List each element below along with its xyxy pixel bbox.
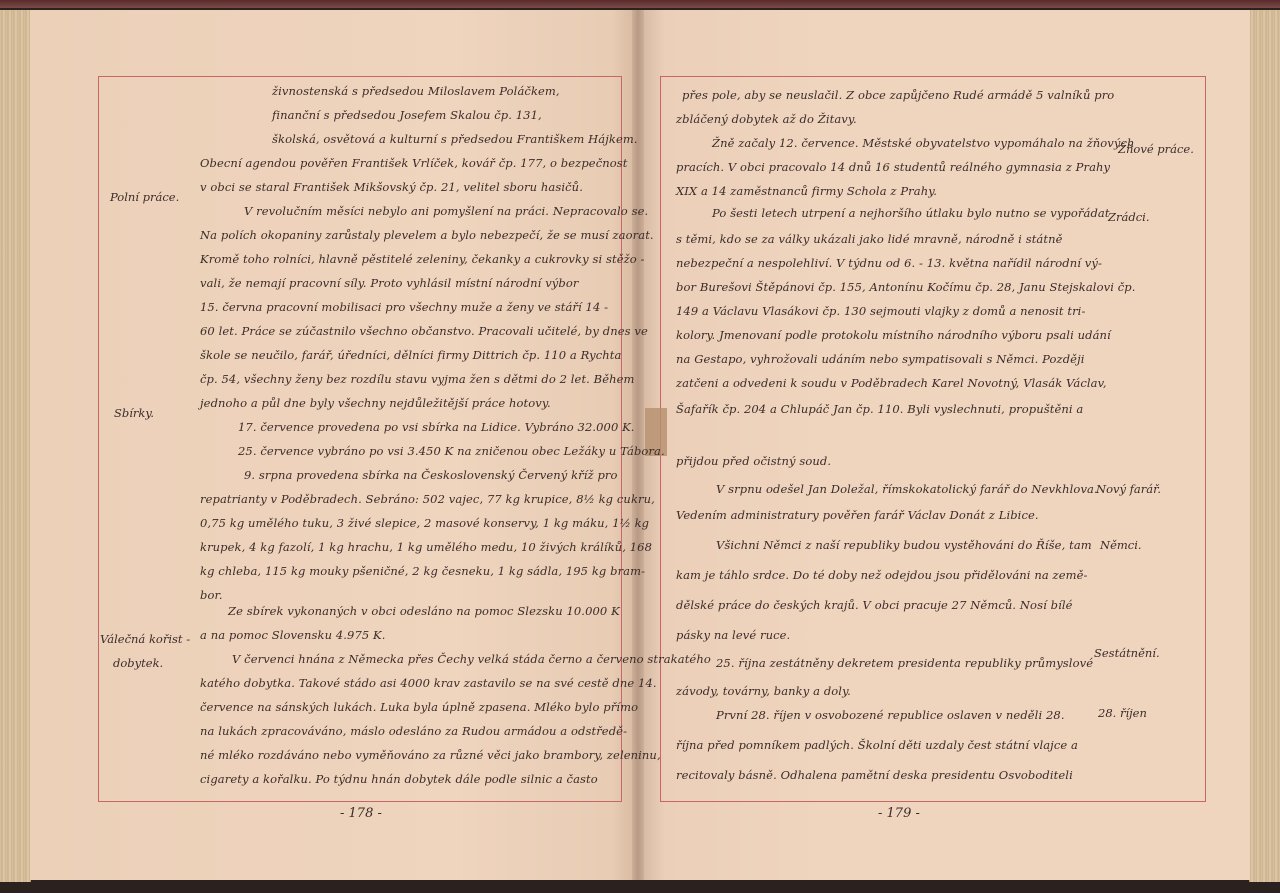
handwritten-line: V srpnu odešel Jan Doležal, římskokatoli… <box>716 482 1098 496</box>
handwritten-line: recitovaly básně. Odhalena pamětní deska… <box>676 768 1073 782</box>
handwritten-line: bor Burešovi Štěpánovi čp. 155, Antonínu… <box>676 280 1136 294</box>
handwritten-line: na Gestapo, vyhrožovali udáním nebo symp… <box>676 352 1085 366</box>
handwritten-line: 17. července provedena po vsi sbírka na … <box>238 420 635 434</box>
handwritten-line: července na sánských lukách. Luka byla ú… <box>200 700 638 714</box>
handwritten-line: a na pomoc Slovensku 4.975 K. <box>200 628 386 642</box>
handwritten-line: čp. 54, všechny ženy bez rozdílu stavu v… <box>200 372 635 386</box>
handwritten-line: 60 let. Práce se zúčastnilo všechno obča… <box>200 324 648 338</box>
handwritten-line: 25. října zestátněny dekretem presidenta… <box>716 656 1093 670</box>
handwritten-line: V revolučním měsíci nebylo ani pomyšlení… <box>244 204 648 218</box>
handwritten-line: dělské práce do českých krajů. V obci pr… <box>676 598 1073 612</box>
handwritten-line: škole se neučilo, farář, úředníci, dělní… <box>200 348 621 362</box>
margin-note: 28. říjen <box>1098 706 1147 720</box>
margin-note: Nový farář. <box>1096 482 1161 496</box>
handwritten-line: října před pomníkem padlých. Školní děti… <box>676 738 1078 752</box>
handwritten-line: katého dobytka. Takové stádo asi 4000 kr… <box>200 676 657 690</box>
margin-note: Polní práce. <box>110 190 179 204</box>
handwritten-line: vali, že nemají pracovní síly. Proto vyh… <box>200 276 578 290</box>
handwritten-line: První 28. říjen v osvobozené republice o… <box>716 708 1065 722</box>
handwritten-line: né mléko rozdáváno nebo vyměňováno za rů… <box>200 748 661 762</box>
handwritten-line: 0,75 kg umělého tuku, 3 živé slepice, 2 … <box>200 516 649 530</box>
handwritten-line: Obecní agendou pověřen František Vrlíček… <box>200 156 628 170</box>
handwritten-line: Po šesti letech utrpení a nejhoršího útl… <box>712 206 1110 220</box>
handwritten-line: závody, továrny, banky a doly. <box>676 684 851 698</box>
handwritten-line: Žně začaly 12. července. Městské obyvate… <box>712 136 1135 150</box>
handwritten-line: repatrianty v Poděbradech. Sebráno: 502 … <box>200 492 655 506</box>
handwritten-line: pracích. V obci pracovalo 14 dnů 16 stud… <box>676 160 1110 174</box>
handwritten-line: přes pole, aby se neuslačil. Z obce zapů… <box>682 88 1114 102</box>
margin-note: Žňové práce. <box>1118 142 1194 156</box>
handwritten-line: živnostenská s předsedou Miloslavem Polá… <box>272 84 560 98</box>
handwritten-line: 25. července vybráno po vsi 3.450 K na z… <box>238 444 665 458</box>
handwritten-line: zbláčený dobytek až do Žitavy. <box>676 112 857 126</box>
handwritten-line: v obci se staral František Mikšovský čp.… <box>200 180 583 194</box>
handwritten-line: finanční s předsedou Josefem Skalou čp. … <box>272 108 542 122</box>
handwritten-line: kg chleba, 115 kg mouky pšeničné, 2 kg č… <box>200 564 645 578</box>
handwritten-line: na lukách zpracováváno, máslo odesláno z… <box>200 724 627 738</box>
handwritten-line: kolory. Jmenovaní podle protokolu místní… <box>676 328 1111 342</box>
handwritten-line: bor. <box>200 588 223 602</box>
handwritten-line: krupek, 4 kg fazolí, 1 kg hrachu, 1 kg u… <box>200 540 652 554</box>
handwritten-line: pásky na levé ruce. <box>676 628 790 642</box>
handwritten-line: s těmi, kdo se za války ukázali jako lid… <box>676 232 1063 246</box>
handwritten-line: přijdou před očistný soud. <box>676 454 831 468</box>
page-stack-left-edge <box>0 10 31 882</box>
margin-note: Zrádci. <box>1108 210 1149 224</box>
handwritten-line: 15. června pracovní mobilisaci pro všech… <box>200 300 608 314</box>
handwritten-line: školská, osvětová a kulturní s předsedou… <box>272 132 638 146</box>
margin-note: Sestátnění. <box>1094 646 1160 660</box>
margin-note: dobytek. <box>113 656 163 670</box>
handwritten-line: Ze sbírek vykonaných v obci odesláno na … <box>228 604 620 618</box>
margin-note: Válečná kořist - <box>100 632 190 646</box>
margin-note: Němci. <box>1100 538 1142 552</box>
handwritten-line: cigarety a kořalku. Po týdnu hnán dobyte… <box>200 772 598 786</box>
handwritten-line: Šafařík čp. 204 a Chlupáč Jan čp. 110. B… <box>676 402 1083 416</box>
page-stack-right-edge <box>1249 10 1280 882</box>
handwritten-line: Všichni Němci z naší republiky budou vys… <box>716 538 1092 552</box>
handwritten-line: jednoho a půl dne byly všechny nejdůleži… <box>200 396 551 410</box>
left-page-number: - 178 - <box>340 806 382 821</box>
handwritten-line: Vedením administratury pověřen farář Vác… <box>676 508 1039 522</box>
right-page-number: - 179 - <box>878 806 920 821</box>
handwritten-line: nebezpeční a nespolehliví. V týdnu od 6.… <box>676 256 1102 270</box>
handwritten-line: 9. srpna provedena sbírka na Českosloven… <box>244 468 618 482</box>
handwritten-line: XIX a 14 zaměstnanců firmy Schola z Prah… <box>676 184 937 198</box>
handwritten-line: 149 a Václavu Vlasákovi čp. 130 sejmouti… <box>676 304 1085 318</box>
handwritten-line: kam je táhlo srdce. Do té doby než odejd… <box>676 568 1088 582</box>
handwritten-line: Kromě toho rolníci, hlavně pěstitelé zel… <box>200 252 645 266</box>
handwritten-line: V červenci hnána z Německa přes Čechy ve… <box>232 652 711 666</box>
handwritten-line: Na polích okopaniny zarůstaly plevelem a… <box>200 228 654 242</box>
margin-note: Sbírky. <box>114 406 154 420</box>
handwritten-line: zatčeni a odvedeni k soudu v Poděbradech… <box>676 376 1107 390</box>
